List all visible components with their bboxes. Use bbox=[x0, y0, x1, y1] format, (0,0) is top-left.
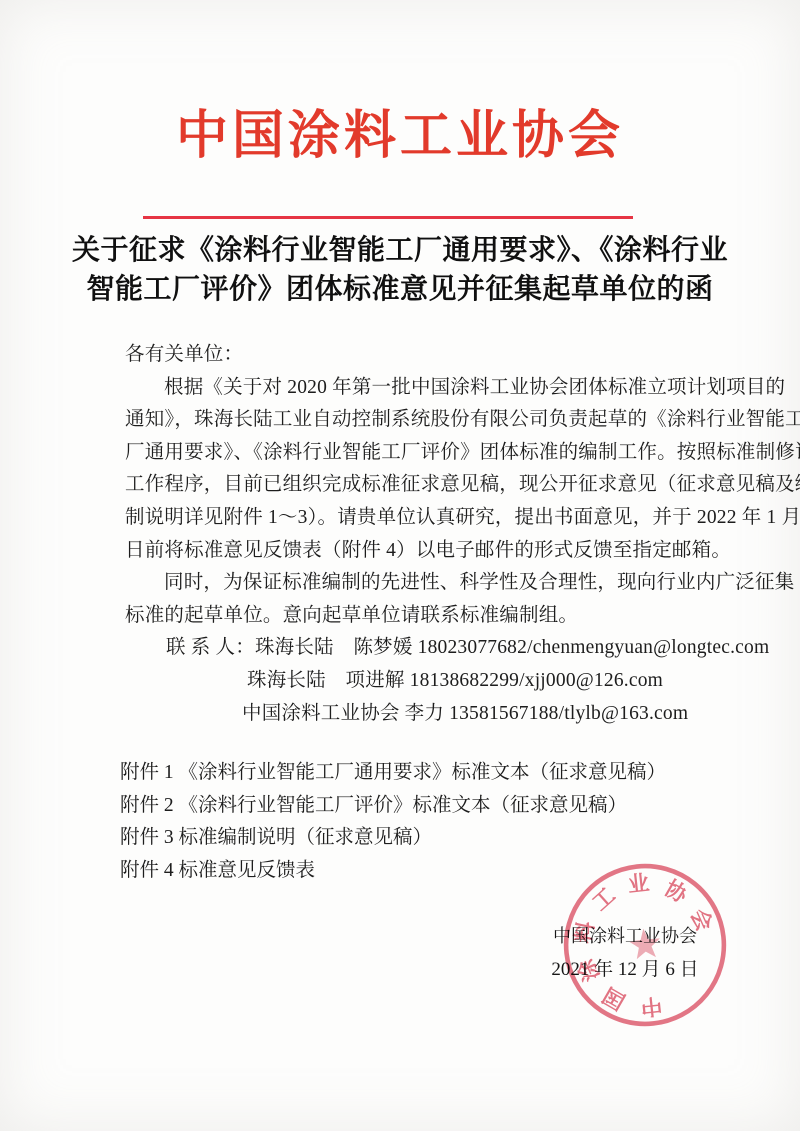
attachment-item: 附件 2 《涂料行业智能工厂评价》标准文本（征求意见稿） bbox=[120, 790, 720, 823]
paragraph1-line: 日前将标准意见反馈表（附件 4）以电子邮件的形式反馈至指定邮箱。 bbox=[125, 535, 690, 568]
letterhead-divider-rule bbox=[143, 216, 633, 219]
paragraph1-line: 厂通用要求》、《涂料行业智能工厂评价》团体标准的编制工作。按照标准制修订 bbox=[125, 437, 690, 470]
attachments-list: 附件 1 《涂料行业智能工厂通用要求》标准文本（征求意见稿） 附件 2 《涂料行… bbox=[120, 757, 720, 887]
scanned-letter-page: { "letterhead": { "org_name": "中国涂料工业协会"… bbox=[0, 0, 800, 1131]
paragraph1-line: 通知》，珠海长陆工业自动控制系统股份有限公司负责起草的《涂料行业智能工 bbox=[125, 404, 690, 437]
letter-body: 各有关单位： 根据《关于对 2020 年第一批中国涂料工业协会团体标准立项计划项… bbox=[125, 339, 690, 730]
letterhead-org-title: 中国涂料工业协会 bbox=[0, 106, 800, 168]
attachment-item: 附件 4 标准意见反馈表 bbox=[120, 855, 720, 888]
document-title-line2: 智能工厂评价》团体标准意见并征集起草单位的函 bbox=[60, 270, 740, 309]
seal-char: 中 bbox=[639, 993, 663, 1020]
contact-line: 珠海长陆 项进解 18138682299/xjj000@126.com bbox=[125, 665, 690, 698]
paragraph1-line: 制说明详见附件 1～3）。请贵单位认真研究，提出书面意见，并于 2022 年 1… bbox=[125, 502, 690, 535]
contact-line: 联 系 人：珠海长陆 陈梦媛 18023077682/chenmengyuan@… bbox=[125, 632, 690, 665]
paragraph1-line: 根据《关于对 2020 年第一批中国涂料工业协会团体标准立项计划项目的 bbox=[125, 372, 690, 405]
seal-char: 工 bbox=[588, 883, 620, 916]
paragraph1-line: 工作程序，目前已组织完成标准征求意见稿，现公开征求意见（征求意见稿及编 bbox=[125, 469, 690, 502]
signature-block: 中国涂料工业协会 2021 年 12 月 6 日 bbox=[515, 920, 735, 986]
signature-date: 2021 年 12 月 6 日 bbox=[515, 953, 735, 986]
contact-line: 中国涂料工业协会 李力 13581567188/tlylb@163.com bbox=[125, 698, 690, 731]
signature-org: 中国涂料工业协会 bbox=[515, 920, 735, 953]
document-title-line1: 关于征求《涂料行业智能工厂通用要求》、《涂料行业 bbox=[60, 231, 740, 270]
seal-char: 国 bbox=[599, 982, 630, 1014]
salutation: 各有关单位： bbox=[125, 339, 690, 372]
attachment-item: 附件 3 标准编制说明（征求意见稿） bbox=[120, 822, 720, 855]
document-title: 关于征求《涂料行业智能工厂通用要求》、《涂料行业 智能工厂评价》团体标准意见并征… bbox=[60, 231, 740, 309]
paragraph2-line: 标准的起草单位。意向起草单位请联系标准编制组。 bbox=[125, 600, 690, 633]
paragraph2-line: 同时，为保证标准编制的先进性、科学性及合理性，现向行业内广泛征集 bbox=[125, 567, 690, 600]
attachment-item: 附件 1 《涂料行业智能工厂通用要求》标准文本（征求意见稿） bbox=[120, 757, 720, 790]
